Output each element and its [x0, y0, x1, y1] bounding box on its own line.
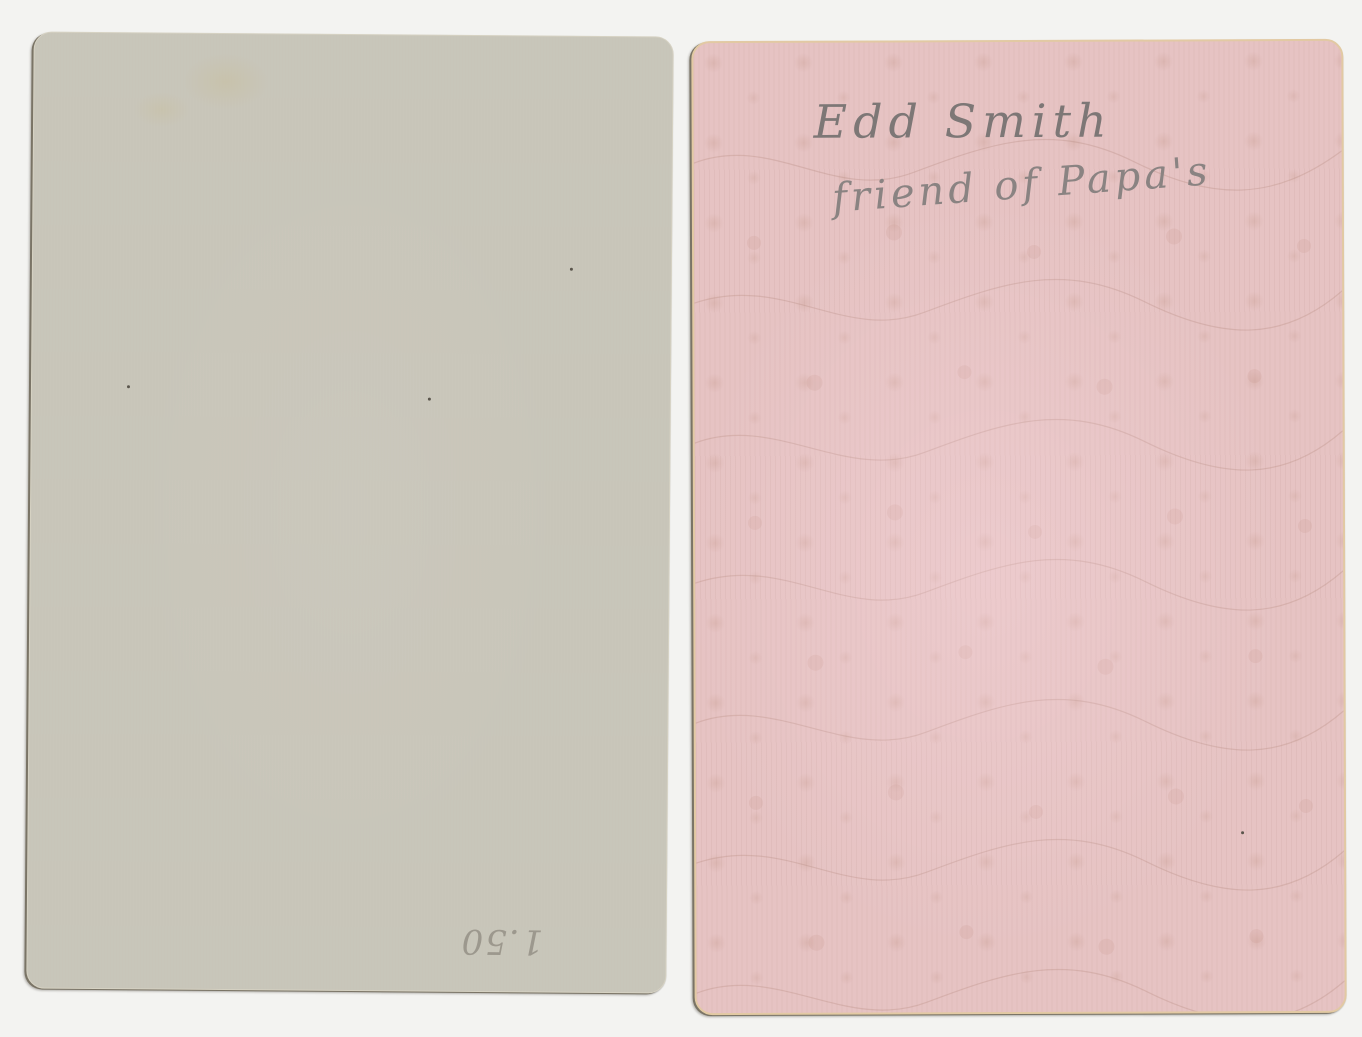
speck — [127, 385, 130, 388]
speck — [1241, 831, 1244, 834]
speck — [570, 268, 573, 271]
left-card-back: 1.50 — [26, 32, 673, 994]
speck — [428, 398, 431, 401]
pencil-price-note: 1.50 — [459, 921, 543, 962]
paper-texture — [27, 33, 672, 993]
inscription-name: Edd Smith — [813, 94, 1112, 149]
right-card-back: Edd Smith friend of Papa's — [691, 39, 1346, 1015]
